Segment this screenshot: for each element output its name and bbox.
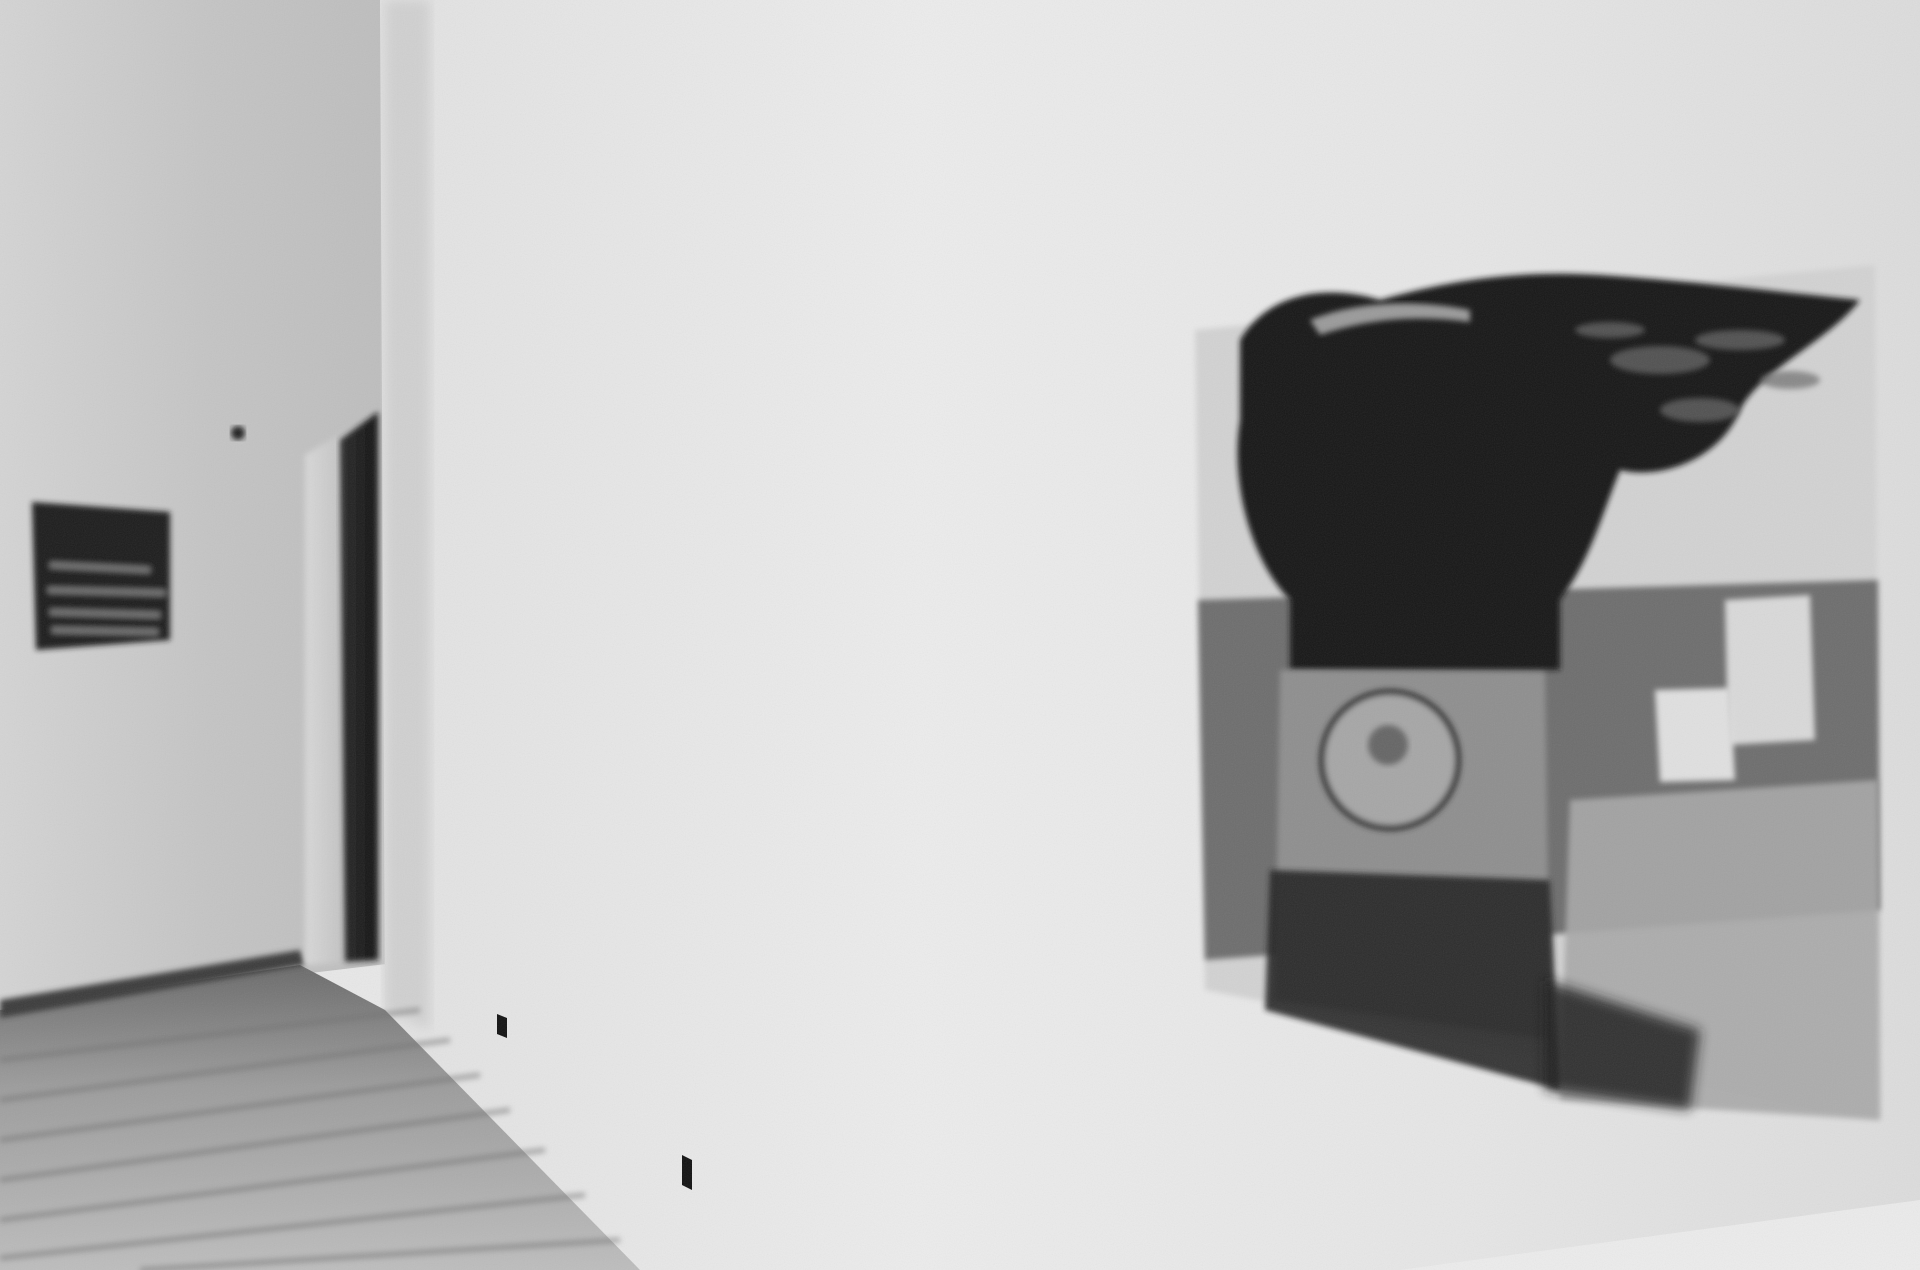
gallery-photograph: Black-and-white photograph of a gallery … — [0, 0, 1920, 1270]
film-grain — [0, 0, 1920, 1270]
photo-canvas — [0, 0, 1920, 1270]
